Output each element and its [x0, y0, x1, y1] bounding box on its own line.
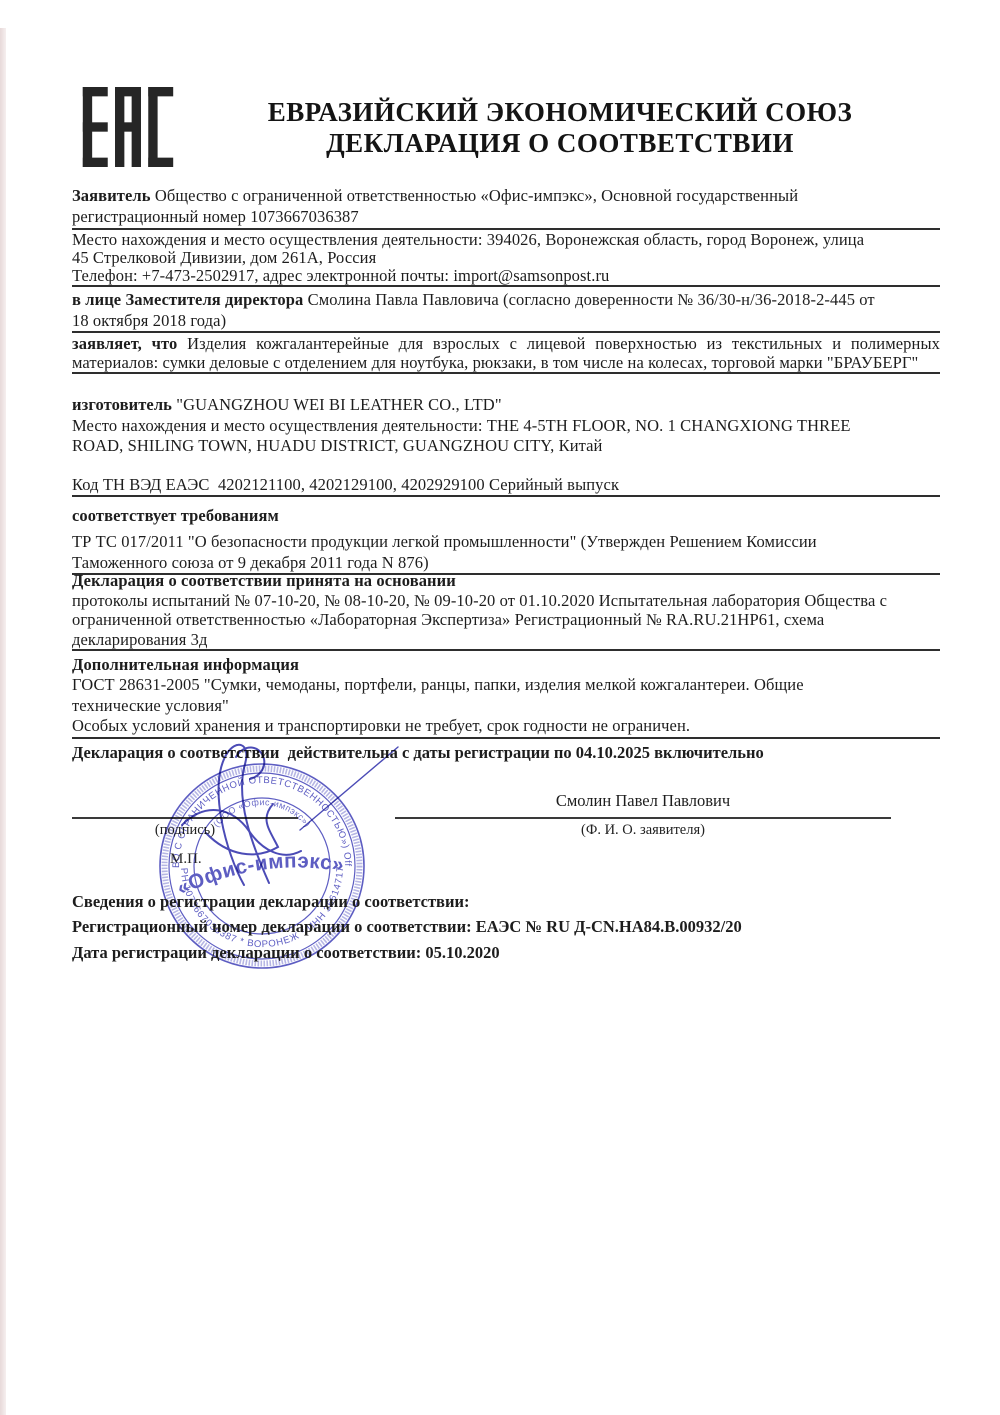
- document-title: ЕВРАЗИЙСКИЙ ЭКОНОМИЧЕСКИЙ СОЮЗ ДЕКЛАРАЦИ…: [180, 97, 940, 159]
- section-manufacturer: изготовитель "GUANGZHOU WEI BI LEATHER C…: [72, 395, 940, 497]
- signer-name: Смолин Павел Павлович: [395, 791, 891, 811]
- section-applicant: Заявитель Общество с ограниченной ответс…: [72, 186, 940, 230]
- location-address: Место нахождения и место осуществления д…: [72, 231, 878, 267]
- additional-heading: Дополнительная информация: [72, 654, 940, 675]
- registration-heading: Сведения о регистрации декларации о соот…: [72, 892, 940, 912]
- section-location: Место нахождения и место осуществления д…: [72, 231, 940, 287]
- additional-gost: ГОСТ 28631-2005 "Сумки, чемоданы, портфе…: [72, 675, 892, 716]
- registration-number-line: Регистрационный номер декларации о соотв…: [72, 917, 940, 937]
- registration-date-value: 05.10.2020: [425, 943, 499, 962]
- tnved-codes: 4202121100, 4202129100, 4202929100: [218, 475, 485, 494]
- tnved-line: Код ТН ВЭД ЕАЭС 4202121100, 4202129100, …: [72, 474, 940, 495]
- compliance-text: ТР ТС 017/2011 "О безопасности продукции…: [72, 531, 832, 573]
- title-line-declaration: ДЕКЛАРАЦИЯ О СООТВЕТСТВИИ: [180, 128, 940, 159]
- fio-caption: (Ф. И. О. заявителя): [395, 822, 891, 839]
- section-representative: в лице Заместителя директора Смолина Пав…: [72, 290, 940, 333]
- compliance-heading: соответствует требованиям: [72, 505, 832, 526]
- location-contacts: Телефон: +7-473-2502917, адрес электронн…: [72, 267, 940, 285]
- registration-date-label: Дата регистрации декларации о соответств…: [72, 943, 421, 962]
- signer-name-line: [395, 817, 891, 819]
- declares-text: Изделия кожгалантерейные для взрослых с …: [72, 334, 940, 372]
- signature-ink-icon: [148, 733, 418, 893]
- declaration-document-page: ЕВРАЗИЙСКИЙ ЭКОНОМИЧЕСКИЙ СОЮЗ ДЕКЛАРАЦИ…: [0, 0, 1000, 1415]
- title-line-union: ЕВРАЗИЙСКИЙ ЭКОНОМИЧЕСКИЙ СОЮЗ: [180, 97, 940, 128]
- applicant-text: Общество с ограниченной ответственностью…: [72, 186, 798, 226]
- tnved-label: Код ТН ВЭД ЕАЭС: [72, 475, 209, 494]
- manufacturer-name: "GUANGZHOU WEI BI LEATHER CO., LTD": [176, 395, 501, 414]
- registration-date-line: Дата регистрации декларации о соответств…: [72, 943, 940, 963]
- basis-text: протоколы испытаний № 07-10-20, № 08-10-…: [72, 591, 894, 650]
- manufacturer-address: Место нахождения и место осуществления д…: [72, 416, 851, 456]
- basis-heading: Декларация о соответствии принята на осн…: [72, 571, 894, 591]
- representative-label: в лице Заместителя директора: [72, 290, 303, 309]
- handwritten-signature-ink: [148, 733, 418, 898]
- eac-logo: [82, 87, 174, 172]
- section-basis: Декларация о соответствии принята на осн…: [72, 571, 940, 651]
- release-type: Серийный выпуск: [489, 475, 619, 494]
- scan-edge-artifact: [0, 28, 6, 1415]
- section-declares: заявляет, что Изделия кожгалантерейные д…: [72, 335, 940, 374]
- declares-label: заявляет, что: [72, 334, 177, 353]
- manufacturer-label: изготовитель: [72, 395, 172, 414]
- eac-mark-icon: [82, 87, 174, 167]
- registration-number-label: Регистрационный номер декларации о соотв…: [72, 917, 472, 936]
- section-compliance: соответствует требованиям ТР ТС 017/2011…: [72, 500, 940, 575]
- section-additional: Дополнительная информация ГОСТ 28631-200…: [72, 654, 940, 739]
- registration-number-value: ЕАЭС № RU Д-CN.НА84.В.00932/20: [476, 917, 742, 936]
- applicant-label: Заявитель: [72, 186, 151, 205]
